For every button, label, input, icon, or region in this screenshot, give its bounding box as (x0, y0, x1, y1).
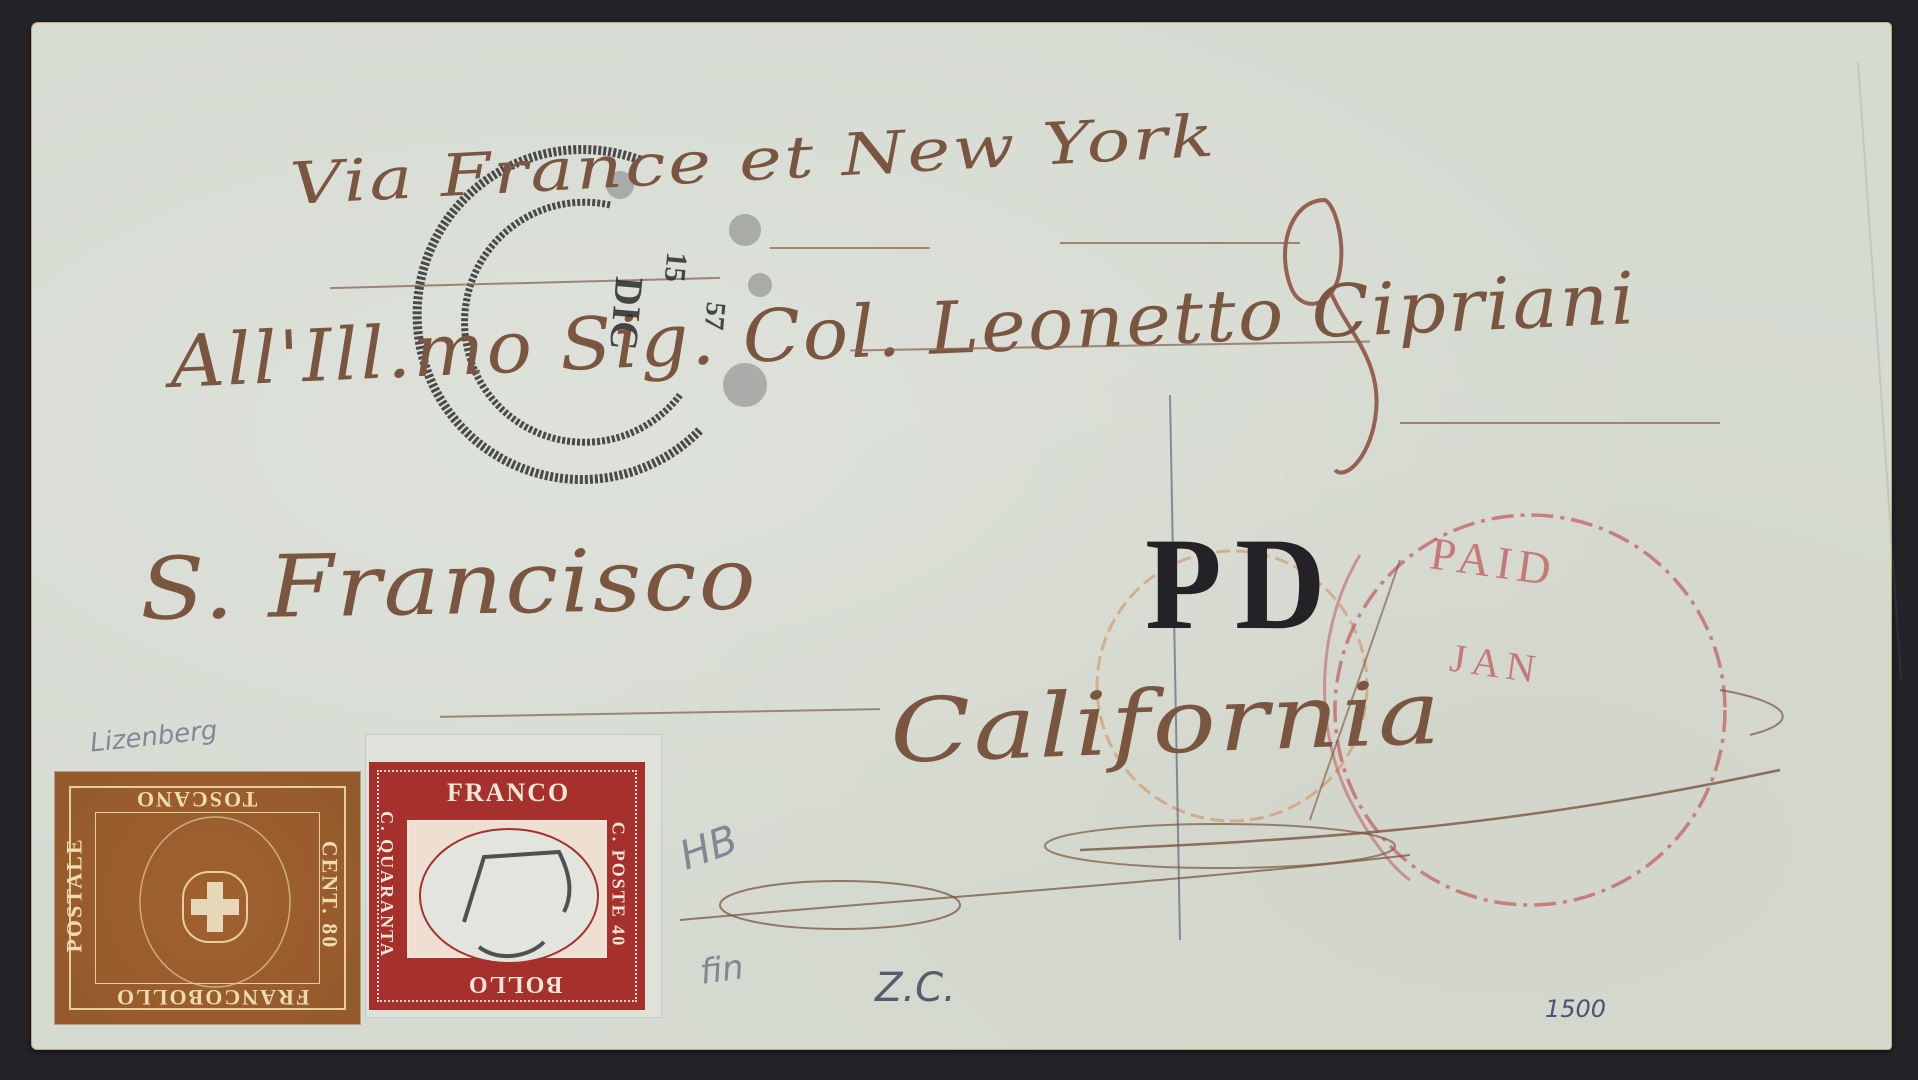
stamp-sardinia: FRANCO BOLLO C. QUARANTA C. POSTE 40 (369, 762, 645, 1010)
origin-cds-month: DIC (600, 275, 653, 352)
underline (1060, 242, 1300, 244)
origin-cds-day: 15 (657, 251, 693, 284)
pencil-line (1170, 395, 1180, 940)
underline (1400, 422, 1720, 424)
city-line: S. Francisco (139, 529, 759, 640)
pencil-note-fin: fin (697, 947, 746, 993)
corner-number: 1500 (1545, 995, 1606, 1023)
stamp-tuscany: TOSCANO FRANCOBOLLO POSTALE CENT. 80 (55, 772, 360, 1024)
cancel-mark (369, 762, 645, 1010)
pd-handstamp: PD (1145, 518, 1339, 650)
pencil-note-zc: Z.C. (875, 965, 956, 1011)
underline (770, 247, 930, 249)
tuscany-arms-icon (55, 772, 360, 1024)
origin-cds-year: 57 (697, 301, 731, 332)
state-line: California (888, 661, 1444, 783)
